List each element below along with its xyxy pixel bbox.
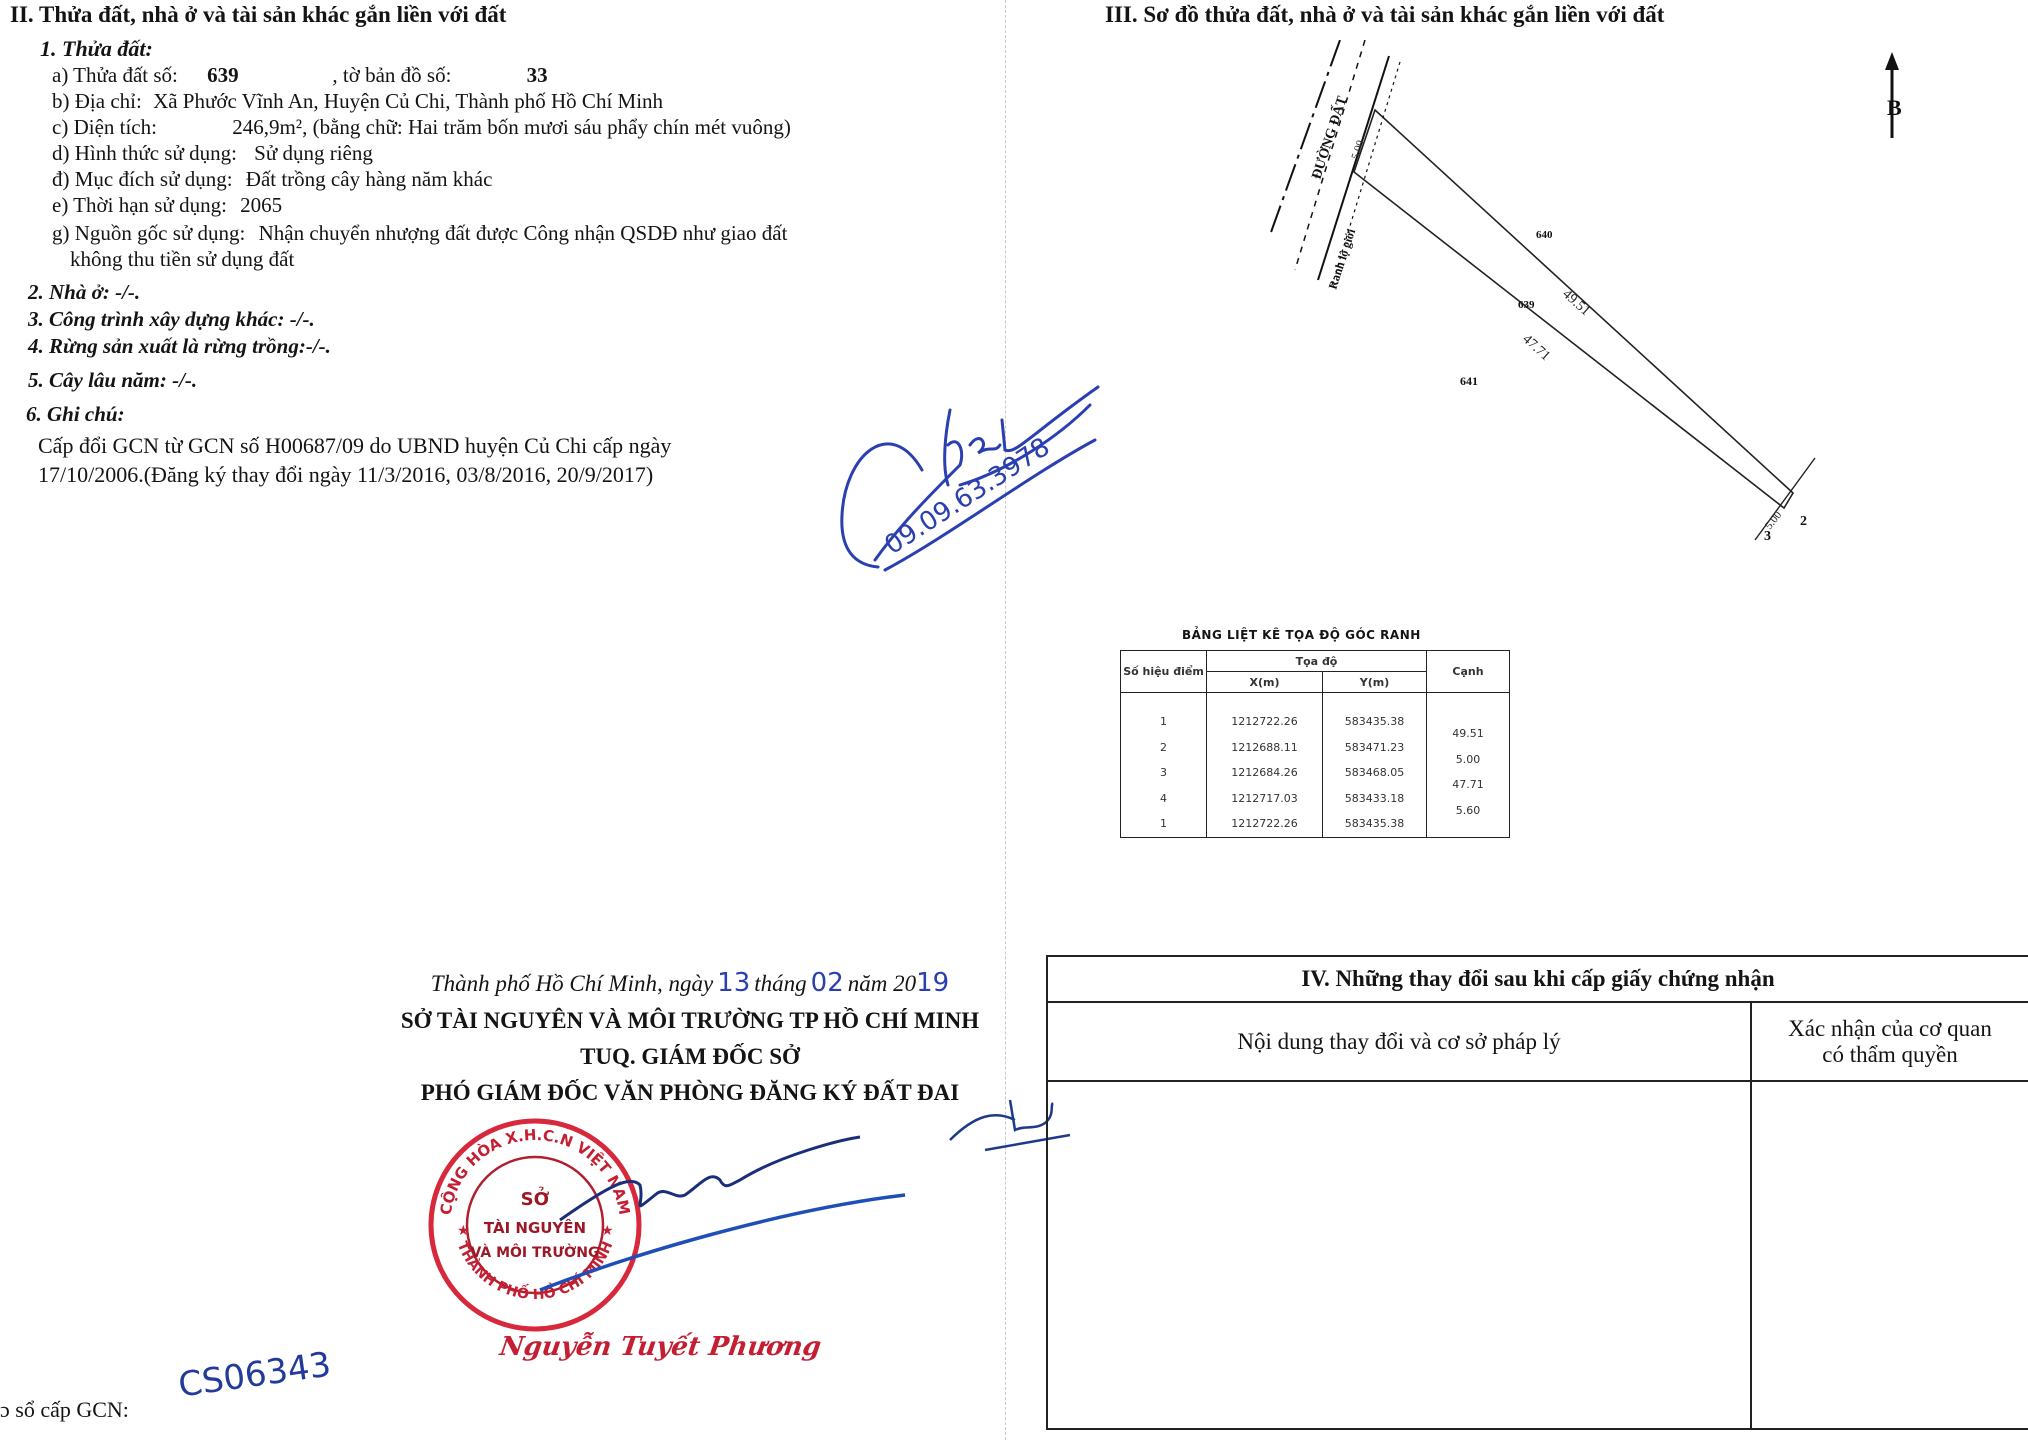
coord-y-cell: 583433.18 [1323, 786, 1426, 812]
coord-y-cell: 583435.38 [1323, 709, 1426, 735]
coord-x-cell: 1212722.26 [1207, 709, 1322, 735]
area-value: 246,9m², (bằng chữ: Hai trăm bốn mươi sá… [162, 115, 791, 139]
map-sheet-value: 33 [457, 63, 548, 87]
road-label: ĐƯỜNG ĐẤT [1308, 93, 1351, 181]
org-line-3: PHÓ GIÁM ĐỐC VĂN PHÒNG ĐĂNG KÝ ĐẤT ĐAI [340, 1080, 1040, 1106]
coord-x-cell: 1212688.11 [1207, 735, 1322, 761]
usage-form-row: d) Hình thức sử dụng: Sử dụng riêng [52, 140, 373, 167]
parcel-diagram: B ĐƯỜNG ĐẤT Ranh lộ giới 5.00 640 639 64… [1240, 40, 2028, 620]
parcel-heading: 1. Thửa đất: [40, 36, 153, 62]
page-fold-line [1005, 0, 1006, 1440]
origin-value-cont: không thu tiền sử dụng đất [70, 246, 294, 273]
coord-point-cell: 4 [1121, 786, 1206, 812]
origin-label: g) Nguồn gốc sử dụng: [52, 221, 245, 245]
address-row: b) Địa chỉ: Xã Phước Vĩnh An, Huyện Củ C… [52, 88, 663, 115]
coord-table: Số hiệu điểm Tọa độ Cạnh X(m) Y(m) 12341… [1120, 650, 1510, 838]
coord-y-cell: 583471.23 [1323, 735, 1426, 761]
area-label: c) Diện tích: [52, 115, 157, 139]
map-sheet-label: , tờ bản đồ số: [332, 63, 451, 87]
header-edge: Cạnh [1427, 651, 1510, 693]
changes-confirmation-cell [1751, 1081, 2028, 1429]
usage-form-value: Sử dụng riêng [242, 141, 373, 165]
signer-name: Nguyễn Tuyết Phương [498, 1332, 823, 1362]
section-iv-title: IV. Những thay đổi sau khi cấp giấy chứn… [1047, 956, 2028, 1002]
origin-row: g) Nguồn gốc sử dụng: Nhận chuyển nhượng… [52, 220, 787, 247]
confirmation-header-line-1: Xác nhận của cơ quan [1753, 1016, 2027, 1042]
parcel-label-640: 640 [1536, 229, 1553, 241]
registry-label: ɔ sổ cấp GCN: [0, 1397, 129, 1422]
header-coords: Tọa độ [1207, 651, 1427, 672]
section-ii-title: II. Thửa đất, nhà ở và tài sản khác gắn … [10, 2, 506, 28]
header-x: X(m) [1207, 672, 1323, 693]
notes-line-2: 17/10/2006.(Đăng ký thay đổi ngày 11/3/2… [38, 461, 653, 488]
notes-line-1: Cấp đổi GCN từ GCN số H00687/09 do UBND … [38, 432, 671, 459]
changes-col-content-header: Nội dung thay đổi và cơ sở pháp lý [1047, 1002, 1751, 1081]
parcel-label-639: 639 [1518, 299, 1535, 311]
usage-term-row: e) Thời hạn sử dụng: 2065 [52, 192, 282, 219]
ditch-label: Ranh lộ giới [1326, 226, 1359, 291]
registry-row: ɔ sổ cấp GCN: CS06343 [0, 1396, 129, 1423]
coord-x-cell: 1212684.26 [1207, 760, 1322, 786]
director-signature [480, 1125, 920, 1295]
coord-edge-cell: 5.60 [1427, 798, 1509, 824]
x-column: 1212722.261212688.111212684.261212717.03… [1207, 693, 1323, 838]
handwritten-signature: 09.09.63.3978 [830, 375, 1130, 580]
changes-table: IV. Những thay đổi sau khi cấp giấy chứn… [1046, 955, 2028, 1430]
north-label: B [1887, 95, 1902, 120]
stamp-star-left-icon: ★ [457, 1224, 470, 1239]
usage-term-label: e) Thời hạn sử dụng: [52, 193, 227, 217]
notes-heading: 6. Ghi chú: [26, 402, 125, 427]
coord-point-cell: 1 [1121, 811, 1206, 837]
house-item: 2. Nhà ở: -/-. [28, 280, 140, 305]
changes-col-confirmation-header: Xác nhận của cơ quan có thẩm quyền [1751, 1002, 2028, 1081]
signature-date-line: Thành phố Hồ Chí Minh, ngày 13 tháng 02 … [340, 968, 1040, 998]
parcel-number-label: a) Thửa đất số: [52, 63, 178, 87]
changes-content-cell [1047, 1081, 1751, 1429]
coord-x-cell: 1212717.03 [1207, 786, 1322, 812]
coord-edge-cell: 5.00 [1427, 747, 1509, 773]
header-y: Y(m) [1323, 672, 1427, 693]
point-label-3: 3 [1764, 529, 1771, 544]
point-label-2: 2 [1800, 514, 1807, 529]
coord-point-cell: 2 [1121, 735, 1206, 761]
confirmation-header-line-2: có thẩm quyền [1753, 1042, 2027, 1068]
date-month-label: tháng [754, 971, 806, 996]
coord-y-cell: 583468.05 [1323, 760, 1426, 786]
date-year-suffix: 19 [916, 968, 949, 998]
coord-edge-cell: 49.51 [1427, 721, 1509, 747]
area-row: c) Diện tích: 246,9m², (bằng chữ: Hai tr… [52, 114, 791, 141]
address-label: b) Địa chỉ: [52, 89, 142, 113]
other-construction-item: 3. Công trình xây dựng khác: -/-. [28, 307, 315, 332]
production-forest-item: 4. Rừng sản xuất là rừng trồng:-/-. [28, 334, 331, 359]
date-prefix: Thành phố Hồ Chí Minh, ngày [431, 971, 713, 996]
usage-purpose-label: đ) Mục đích sử dụng: [52, 167, 233, 191]
coord-point-cell: 3 [1121, 760, 1206, 786]
org-line-2: TUQ. GIÁM ĐỐC SỞ [340, 1044, 1040, 1070]
parcel-front-line [1318, 56, 1389, 280]
usage-purpose-row: đ) Mục đích sử dụng: Đất trồng cây hàng … [52, 166, 492, 193]
edge-label-1-2: 49.51 [1559, 287, 1592, 319]
date-month: 02 [811, 968, 844, 998]
y-column: 583435.38583471.23583468.05583433.185834… [1323, 693, 1427, 838]
coord-y-cell: 583435.38 [1323, 811, 1426, 837]
usage-purpose-value: Đất trồng cây hàng năm khác [238, 167, 493, 191]
point-column: 12341 [1121, 693, 1207, 838]
org-line-1: SỞ TÀI NGUYÊN VÀ MÔI TRƯỜNG TP HỒ CHÍ MI… [340, 1008, 1040, 1034]
perennial-trees-item: 5. Cây lâu năm: -/-. [28, 368, 197, 393]
address-value: Xã Phước Vĩnh An, Huyện Củ Chi, Thành ph… [147, 89, 663, 113]
header-point: Số hiệu điểm [1121, 651, 1207, 693]
parcel-number-value: 639 [183, 62, 327, 89]
registry-value: CS06343 [177, 1351, 333, 1399]
north-arrow-icon: B [1885, 52, 1902, 138]
coord-point-cell: 1 [1121, 709, 1206, 735]
coord-edge-cell: 47.71 [1427, 772, 1509, 798]
parcel-label-641: 641 [1460, 374, 1478, 388]
date-year-label: năm 20 [848, 971, 916, 996]
usage-form-label: d) Hình thức sử dụng: [52, 141, 237, 165]
section-iii-title: III. Sơ đồ thửa đất, nhà ở và tài sản kh… [1105, 2, 1664, 28]
parcel-number-row: a) Thửa đất số: 639 , tờ bản đồ số: 33 [52, 62, 548, 89]
edge-label-3-4: 47.71 [1519, 332, 1552, 364]
coord-x-cell: 1212722.26 [1207, 811, 1322, 837]
usage-term-value: 2065 [232, 193, 282, 217]
date-day: 13 [717, 968, 750, 998]
coord-table-caption: BẢNG LIỆT KÊ TỌA ĐỘ GÓC RANH [1182, 628, 1421, 642]
edge-column: 49.515.0047.715.60 [1427, 693, 1510, 838]
origin-value: Nhận chuyển nhượng đất được Công nhận QS… [251, 221, 788, 245]
